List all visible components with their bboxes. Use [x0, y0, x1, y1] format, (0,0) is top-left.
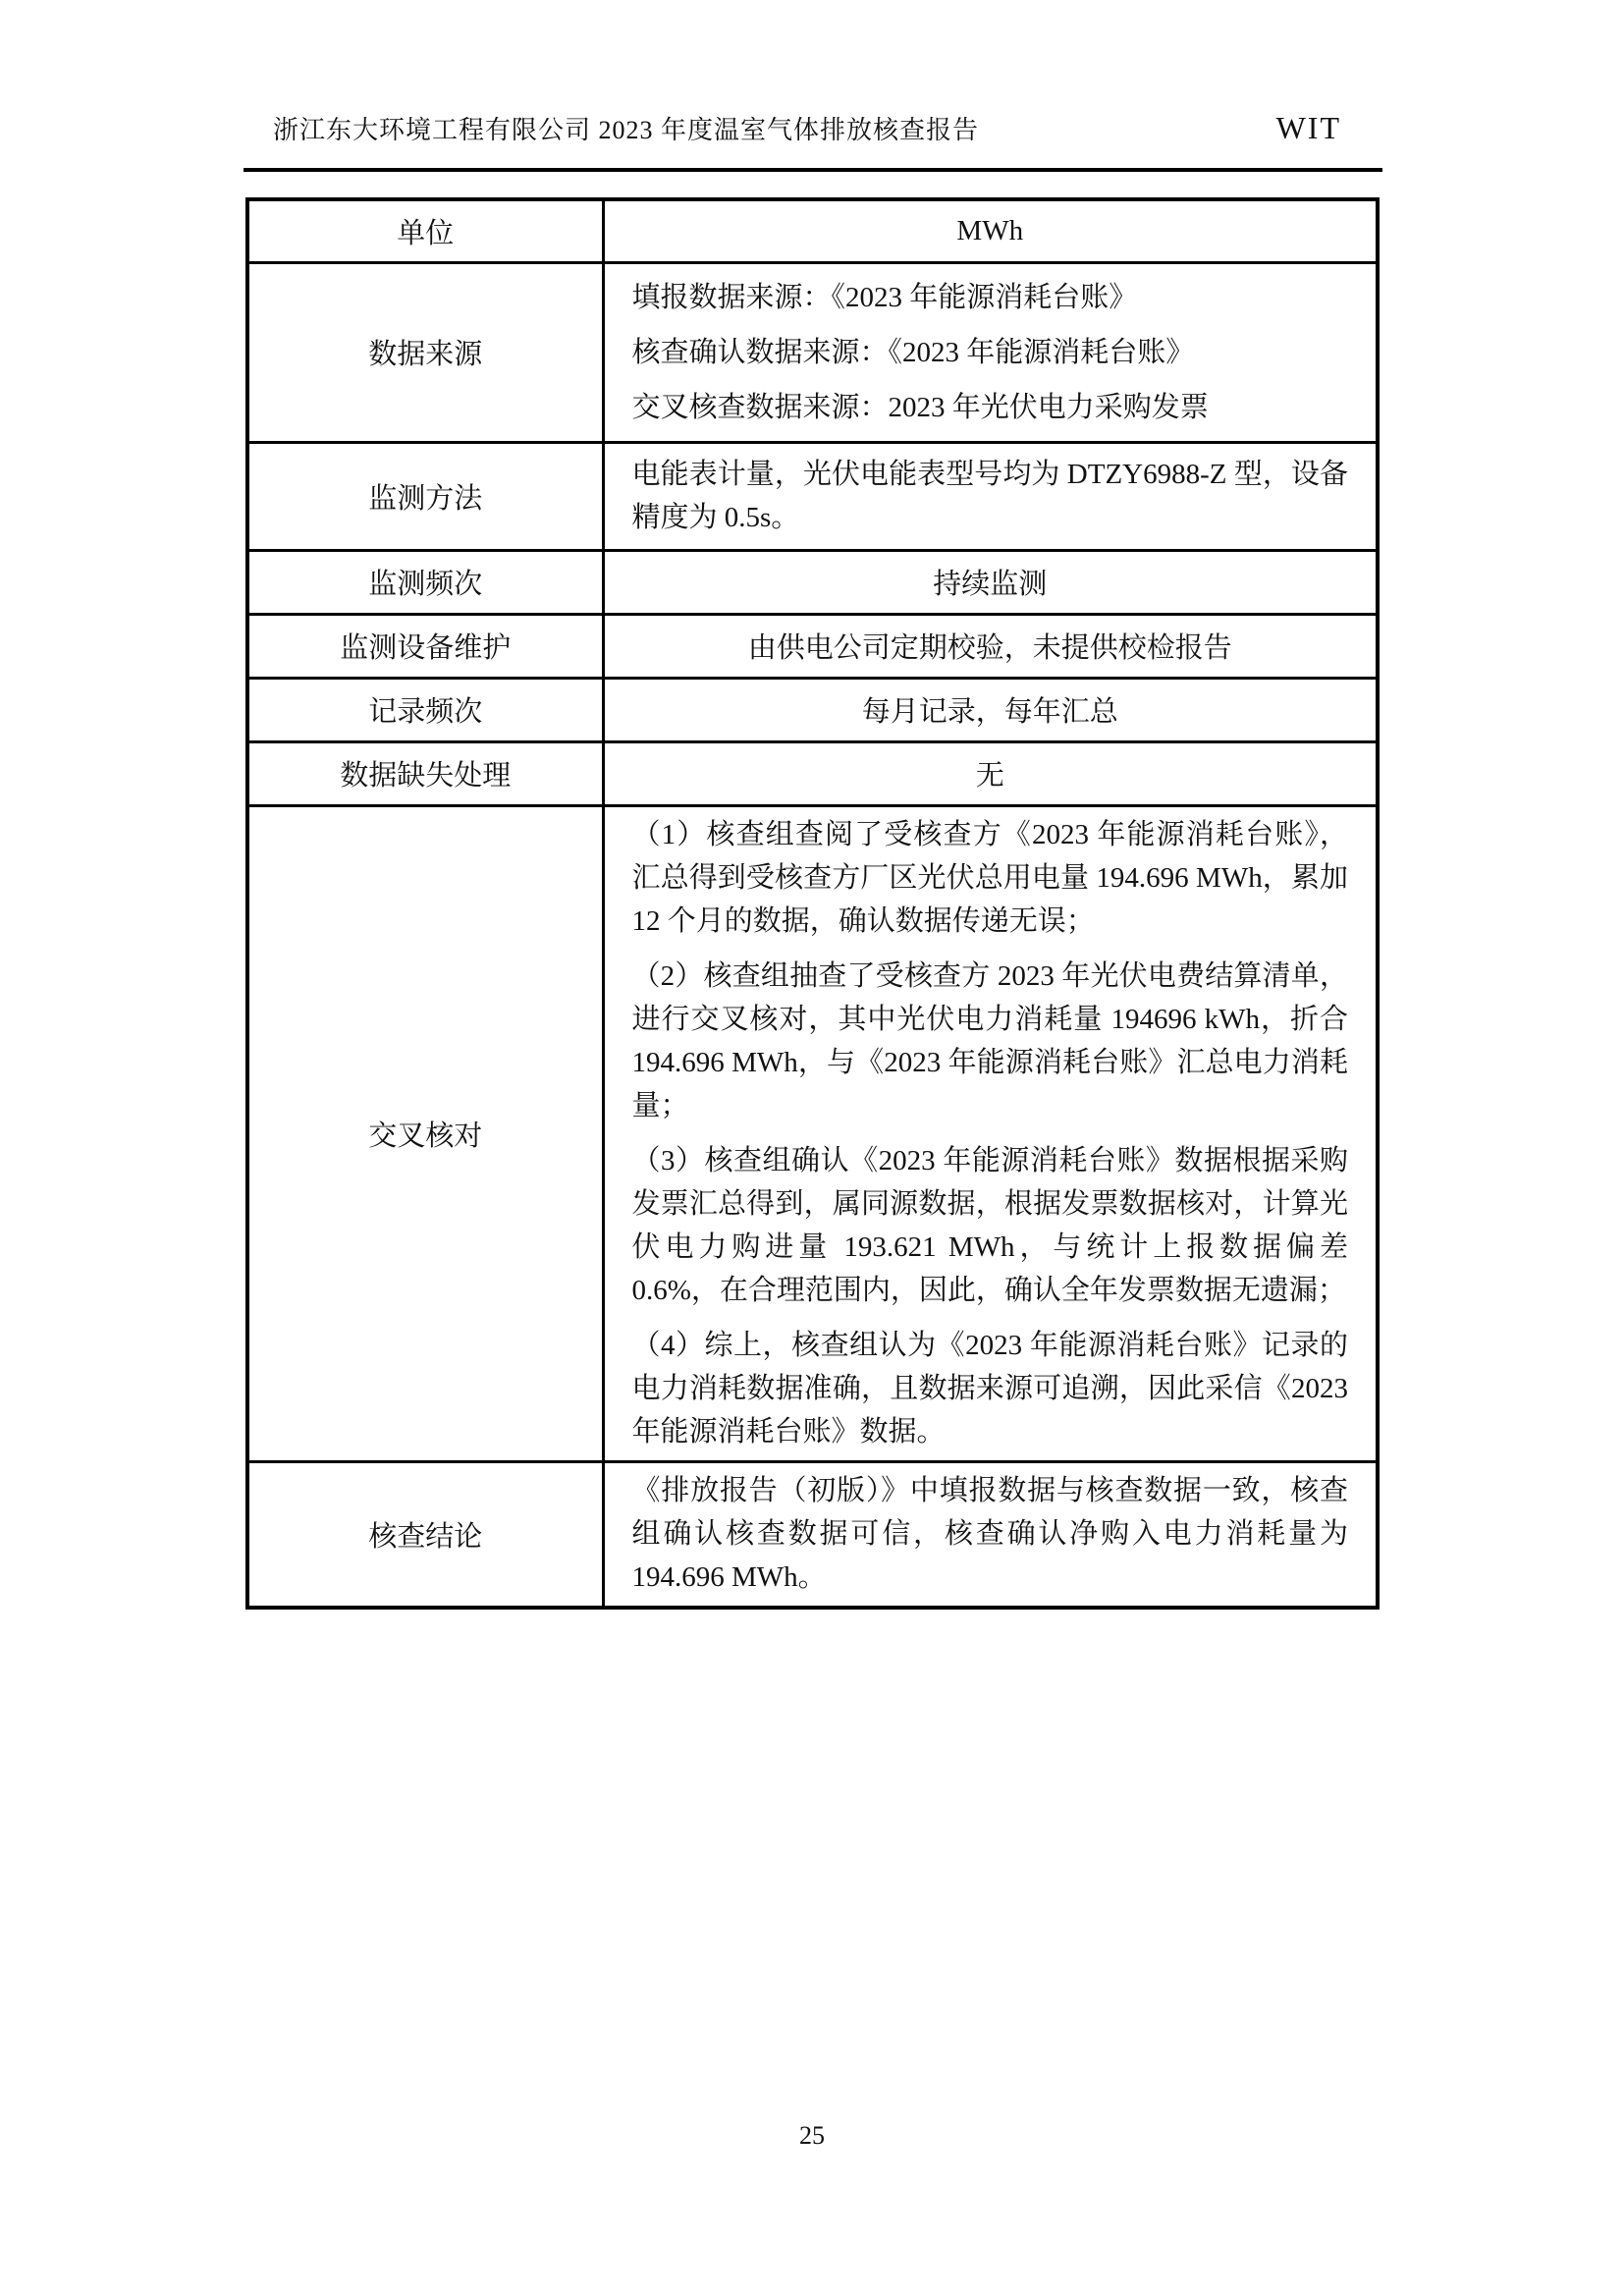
- brand-logo: WIT: [1276, 110, 1382, 146]
- data-source-line: 核查确认数据来源：《2023 年能源消耗台账》: [632, 325, 1349, 380]
- row-value-data-source: 填报数据来源：《2023 年能源消耗台账》 核查确认数据来源：《2023 年能源…: [603, 262, 1378, 442]
- row-value-device-maintenance: 由供电公司定期校验，未提供校检报告: [603, 614, 1378, 678]
- page-number: 25: [0, 2121, 1624, 2151]
- data-source-line: 填报数据来源：《2023 年能源消耗台账》: [632, 270, 1349, 325]
- row-value-conclusion: 《排放报告（初版）》中填报数据与核查数据一致，核查组确认核查数据可信，核查确认净…: [603, 1461, 1378, 1608]
- table-row-data-source: 数据来源 填报数据来源：《2023 年能源消耗台账》 核查确认数据来源：《202…: [247, 262, 1378, 442]
- conclusion-text: 《排放报告（初版）》中填报数据与核查数据一致，核查组确认核查数据可信，核查确认净…: [632, 1469, 1349, 1599]
- row-label-record-frequency: 记录频次: [247, 678, 603, 741]
- table-row-device-maintenance: 监测设备维护 由供电公司定期校验，未提供校检报告: [247, 614, 1378, 678]
- row-label-unit: 单位: [247, 199, 603, 262]
- cross-check-paragraph: （4）综上，核查组认为《2023 年能源消耗台账》记录的电力消耗数据准确，且数据…: [632, 1324, 1349, 1453]
- table-row-cross-check: 交叉核对 （1）核查组查阅了受核查方《2023 年能源消耗台账》，汇总得到受核查…: [247, 805, 1378, 1461]
- row-value-monitor-frequency: 持续监测: [603, 550, 1378, 614]
- table-row-conclusion: 核查结论 《排放报告（初版）》中填报数据与核查数据一致，核查组确认核查数据可信，…: [247, 1461, 1378, 1608]
- row-value-monitor-method: 电能表计量，光伏电能表型号均为 DTZY6988-Z 型，设备精度为 0.5s。: [603, 442, 1378, 550]
- row-value-unit: MWh: [603, 199, 1378, 262]
- document-page: 浙江东大环境工程有限公司 2023 年度温室气体排放核查报告 WIT 单位 MW…: [0, 0, 1624, 2296]
- row-label-conclusion: 核查结论: [247, 1461, 603, 1608]
- table-row-unit: 单位 MWh: [247, 199, 1378, 262]
- row-label-monitor-frequency: 监测频次: [247, 550, 603, 614]
- row-label-missing-data: 数据缺失处理: [247, 741, 603, 805]
- header-title: 浙江东大环境工程有限公司 2023 年度温室气体排放核查报告: [244, 110, 979, 146]
- row-label-data-source: 数据来源: [247, 262, 603, 442]
- row-value-missing-data: 无: [603, 741, 1378, 805]
- cross-check-paragraph: （1）核查组查阅了受核查方《2023 年能源消耗台账》，汇总得到受核查方厂区光伏…: [632, 813, 1349, 943]
- row-value-cross-check: （1）核查组查阅了受核查方《2023 年能源消耗台账》，汇总得到受核查方厂区光伏…: [603, 805, 1378, 1461]
- row-value-record-frequency: 每月记录，每年汇总: [603, 678, 1378, 741]
- row-label-cross-check: 交叉核对: [247, 805, 603, 1461]
- table-row-monitor-frequency: 监测频次 持续监测: [247, 550, 1378, 614]
- page-header: 浙江东大环境工程有限公司 2023 年度温室气体排放核查报告 WIT: [244, 110, 1382, 172]
- cross-check-paragraph: （3）核查组确认《2023 年能源消耗台账》数据根据采购发票汇总得到，属同源数据…: [632, 1139, 1349, 1312]
- row-label-device-maintenance: 监测设备维护: [247, 614, 603, 678]
- cross-check-paragraph: （2）核查组抽查了受核查方 2023 年光伏电费结算清单，进行交叉核对，其中光伏…: [632, 955, 1349, 1127]
- table-row-missing-data: 数据缺失处理 无: [247, 741, 1378, 805]
- monitor-method-text: 电能表计量，光伏电能表型号均为 DTZY6988-Z 型，设备精度为 0.5s。: [632, 453, 1349, 539]
- table-row-record-frequency: 记录频次 每月记录，每年汇总: [247, 678, 1378, 741]
- table-row-monitor-method: 监测方法 电能表计量，光伏电能表型号均为 DTZY6988-Z 型，设备精度为 …: [247, 442, 1378, 550]
- data-source-line: 交叉核查数据来源：2023 年光伏电力采购发票: [632, 380, 1349, 435]
- verification-table: 单位 MWh 数据来源 填报数据来源：《2023 年能源消耗台账》 核查确认数据…: [245, 197, 1380, 1610]
- row-label-monitor-method: 监测方法: [247, 442, 603, 550]
